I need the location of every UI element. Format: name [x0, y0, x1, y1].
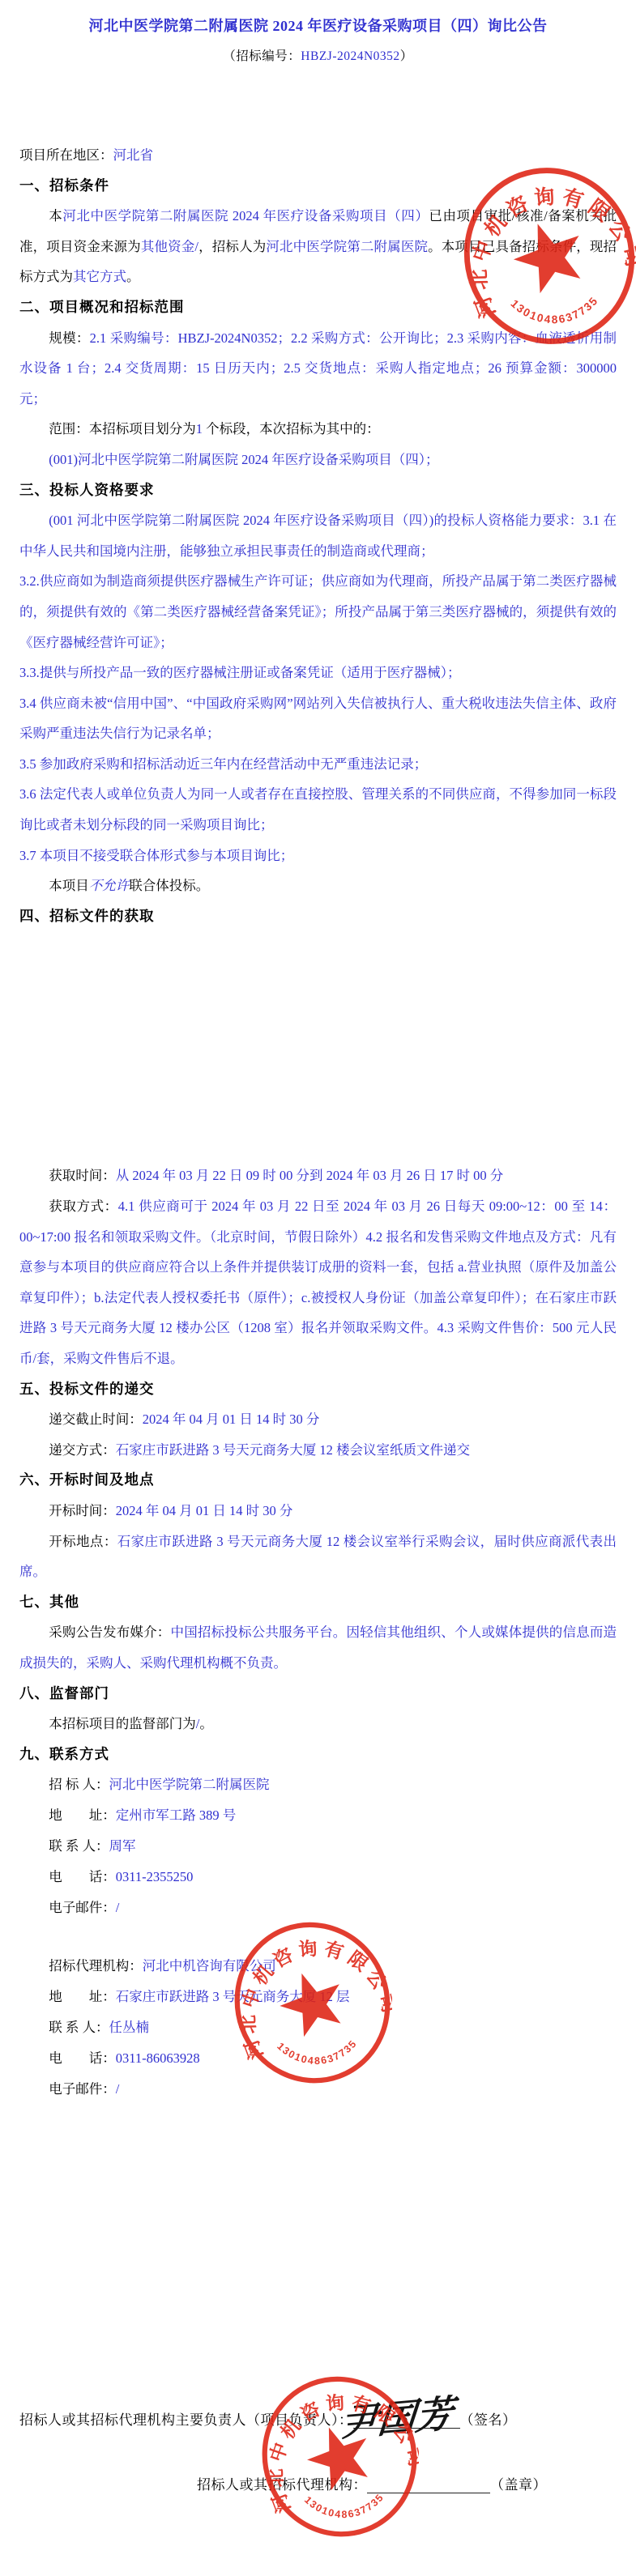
text-run: 3.2.供应商如为制造商须提供医疗器械生产许可证；供应商如为代理商，所投产品属于… — [19, 573, 617, 649]
text-run: 招标代理机构： — [49, 1958, 143, 1974]
text-run: 采购公告发布媒介： — [49, 1624, 170, 1640]
text-run: 2.1 采购编号：HBZJ-2024N0352；2.2 采购方式：公开询比；2.… — [19, 330, 617, 407]
text-run: / — [116, 2081, 120, 2097]
seal-row: 招标人或其招标代理机构： （盖章） — [197, 2472, 547, 2493]
paragraph: 开标地点：石家庄市跃进路 3 号天元商务大厦 12 楼会议室举行采购会议，届时供… — [19, 1526, 617, 1587]
text-run: 获取时间： — [49, 1168, 116, 1183]
paragraph: 规模：2.1 采购编号：HBZJ-2024N0352；2.2 采购方式：公开询比… — [19, 323, 617, 415]
paragraph: 获取时间：从 2024 年 03 月 22 日 09 时 00 分到 2024 … — [19, 1160, 617, 1191]
text-run: 河北中医学院第二附属医院 — [109, 1777, 270, 1792]
paragraph: 开标时间：2024 年 04 月 01 日 14 时 30 分 — [19, 1496, 617, 1526]
tender-number-prefix: （招标编号： — [223, 49, 301, 63]
text-run: 石家庄市跃进路 3 号天元商务大厦 12 楼会议室纸质文件递交 — [116, 1442, 470, 1458]
paragraph: 获取方式：4.1 供应商可于 2024 年 03 月 22 日至 2024 年 … — [19, 1191, 617, 1374]
paragraph: 3.3.提供与所投产品一致的医疗器械注册证或备案凭证（适用于医疗器械）； — [19, 658, 617, 688]
text-run: 本项目 — [49, 878, 89, 893]
text-run: 递交截止时间： — [49, 1411, 143, 1427]
text-run: (001)河北中医学院第二附属医院 2024 年医疗设备采购项目（四）； — [49, 452, 438, 467]
page-gap — [19, 931, 617, 1160]
paragraph: 本河北中医学院第二附属医院 2024 年医疗设备采购项目（四）已由项目审批/核准… — [19, 201, 617, 292]
text-run: 3.7 本项目不接受联合体形式参与本项目询比； — [19, 848, 293, 863]
text-run: 项目所在地区： — [19, 147, 113, 163]
text-run: 开标时间： — [49, 1503, 116, 1518]
contact-line: 招标代理机构：河北中机咨询有限公司 — [19, 1951, 617, 1982]
paragraph: 3.5 参加政府采购和招标活动近三年内在经营活动中无严重违法记录； — [19, 749, 617, 780]
text-run: 。 — [199, 1716, 213, 1731]
text-run: 地 址： — [49, 1807, 116, 1823]
document-body: 项目所在地区：河北省一、招标条件本河北中医学院第二附属医院 2024 年医疗设备… — [0, 140, 636, 2105]
text-run: 3.4 供应商未被“信用中国”、“中国政府采购网”网站列入失信被执行人、重大税收… — [19, 696, 617, 742]
paragraph: 递交截止时间：2024 年 04 月 01 日 14 时 30 分 — [19, 1404, 617, 1435]
text-run: 规模： — [49, 330, 89, 346]
text-run: 河北中机咨询有限公司 — [143, 1958, 276, 1974]
paragraph: 范围：本招标项目划分为1 个标段，本次招标为其中的： — [19, 414, 617, 445]
paragraph: (001 河北中医学院第二附属医院 2024 年医疗设备采购项目（四）)的投标人… — [19, 505, 617, 566]
tender-number-code: HBZJ-2024N0352 — [301, 49, 399, 63]
text-run: 其他资金/ — [141, 239, 198, 254]
text-run: 本 — [49, 208, 62, 224]
section-heading: 二、项目概况和招标范围 — [19, 292, 617, 323]
signature-row: 招标人或其招标代理机构主要负责人（项目负责人）： 尹国芳 （签名） — [19, 2407, 517, 2429]
text-run: ，招标人为 — [198, 239, 266, 254]
signature-row-label: 招标人或其招标代理机构主要负责人（项目负责人）： — [19, 2408, 353, 2429]
section-heading: 五、投标文件的递交 — [19, 1374, 617, 1405]
text-run: 3.6 法定代表人或单位负责人为同一人或者存在直接控股、管理关系的不同供应商，不… — [19, 786, 617, 832]
contact-line: 电 话：0311-2355250 — [19, 1862, 617, 1893]
text-run: 电 话： — [49, 1869, 116, 1884]
section-heading: 八、监督部门 — [19, 1679, 617, 1710]
section-heading: 九、联系方式 — [19, 1739, 617, 1770]
text-run: 其它方式 — [73, 269, 126, 284]
section-heading: 四、招标文件的获取 — [19, 901, 617, 932]
contact-line: 招 标 人：河北中医学院第二附属医院 — [19, 1769, 617, 1800]
text-run: 个标段，本次招标为其中的： — [203, 421, 380, 436]
seal-underline — [367, 2472, 490, 2493]
text-run: 2024 年 04 月 01 日 14 时 30 分 — [116, 1503, 293, 1518]
handwritten-signature: 尹国芳 — [339, 2395, 455, 2443]
text-run: 石家庄市跃进路 3 号天元商务大厦 12 层 — [116, 1989, 350, 2004]
text-run: 联 系 人： — [49, 2020, 109, 2035]
text-run: 河北省 — [113, 147, 154, 163]
signature-row-suffix: （签名） — [460, 2408, 517, 2429]
announcement-document: 河北中医学院第二附属医院 2024 年医疗设备采购项目（四）询比公告 （招标编号… — [0, 0, 636, 2576]
contact-line: 电子邮件：/ — [19, 1893, 617, 1923]
text-run: (001 河北中医学院第二附属医院 2024 年医疗设备采购项目（四）)的投标人… — [19, 513, 617, 559]
paragraph: 3.7 本项目不接受联合体形式参与本项目询比； — [19, 841, 617, 871]
text-run: 联合体投标。 — [129, 878, 209, 893]
text-run: 联 系 人： — [49, 1838, 109, 1854]
text-run: 0311-2355250 — [116, 1869, 194, 1884]
text-run: 定州市军工路 389 号 — [116, 1807, 237, 1823]
text-run: 4.1 供应商可于 2024 年 03 月 22 日至 2024 年 03 月 … — [19, 1199, 617, 1366]
text-run: 2024 年 04 月 01 日 14 时 30 分 — [143, 1411, 320, 1427]
text-run: 范围：本招标项目划分为 — [49, 421, 196, 436]
text-run: 1 — [196, 421, 203, 436]
text-run: 招 标 人： — [49, 1777, 109, 1792]
text-run: 电子邮件： — [49, 1900, 116, 1915]
text-run: 电 话： — [49, 2050, 116, 2066]
tender-number-suffix: ） — [400, 49, 413, 63]
paragraph: 递交方式：石家庄市跃进路 3 号天元商务大厦 12 楼会议室纸质文件递交 — [19, 1435, 617, 1466]
text-run: 电子邮件： — [49, 2081, 116, 2097]
text-run: 获取方式： — [49, 1199, 117, 1214]
text-run: 从 2024 年 03 月 22 日 09 时 00 分到 2024 年 03 … — [116, 1168, 504, 1183]
signature-underline: 尹国芳 — [353, 2407, 460, 2429]
section-heading: 七、其他 — [19, 1587, 617, 1618]
text-run: 。 — [126, 269, 140, 284]
paragraph: (001)河北中医学院第二附属医院 2024 年医疗设备采购项目（四）； — [19, 445, 617, 475]
contact-line: 地 址：定州市军工路 389 号 — [19, 1800, 617, 1831]
text-run: 不允许 — [89, 878, 130, 893]
page-title: 河北中医学院第二附属医院 2024 年医疗设备采购项目（四）询比公告 — [0, 0, 636, 36]
contact-line: 地 址：石家庄市跃进路 3 号天元商务大厦 12 层 — [19, 1982, 617, 2012]
seal-row-label: 招标人或其招标代理机构： — [197, 2473, 367, 2493]
tender-number-line: （招标编号：HBZJ-2024N0352） — [0, 46, 636, 64]
contact-line: 联 系 人：任丛楠 — [19, 2012, 617, 2043]
text-run: 周军 — [109, 1838, 136, 1854]
text-run: 3.5 参加政府采购和招标活动近三年内在经营活动中无严重违法记录； — [19, 756, 427, 772]
text-run: 本招标项目的监督部门为 — [49, 1716, 196, 1731]
text-run: / — [116, 1900, 120, 1915]
paragraph: 3.6 法定代表人或单位负责人为同一人或者存在直接控股、管理关系的不同供应商，不… — [19, 779, 617, 840]
text-run: 开标地点： — [49, 1534, 117, 1549]
paragraph: 项目所在地区：河北省 — [19, 140, 617, 171]
paragraph: 3.2.供应商如为制造商须提供医疗器械生产许可证；供应商如为代理商，所投产品属于… — [19, 566, 617, 658]
contact-line: 电 话：0311-86063928 — [19, 2043, 617, 2074]
section-heading: 六、开标时间及地点 — [19, 1465, 617, 1496]
text-run: 地 址： — [49, 1989, 116, 2004]
text-run: 递交方式： — [49, 1442, 116, 1458]
text-run: 0311-86063928 — [116, 2050, 200, 2066]
svg-text:河北中机咨询有限公司: 河北中机咨询有限公司 — [260, 2374, 419, 2523]
text-run: 河北中医学院第二附属医院 2024 年医疗设备采购项目（四） — [62, 208, 429, 224]
text-run: 河北中医学院第二附属医院 — [266, 239, 428, 254]
paragraph: 3.4 供应商未被“信用中国”、“中国政府采购网”网站列入失信被执行人、重大税收… — [19, 688, 617, 749]
contact-line: 联 系 人：周军 — [19, 1831, 617, 1862]
contact-line: 电子邮件：/ — [19, 2074, 617, 2105]
seal-row-suffix: （盖章） — [490, 2473, 547, 2493]
text-run: 任丛楠 — [109, 2020, 150, 2035]
section-heading: 三、投标人资格要求 — [19, 475, 617, 506]
text-run: 3.3.提供与所投产品一致的医疗器械注册证或备案凭证（适用于医疗器械）； — [19, 665, 461, 680]
paragraph: 本招标项目的监督部门为/。 — [19, 1709, 617, 1739]
section-heading: 一、招标条件 — [19, 171, 617, 202]
paragraph: 本项目不允许联合体投标。 — [19, 871, 617, 901]
paragraph: 采购公告发布媒介：中国招标投标公共服务平台。因轻信其他组织、个人或媒体提供的信息… — [19, 1617, 617, 1678]
page-gap — [19, 1923, 617, 1951]
